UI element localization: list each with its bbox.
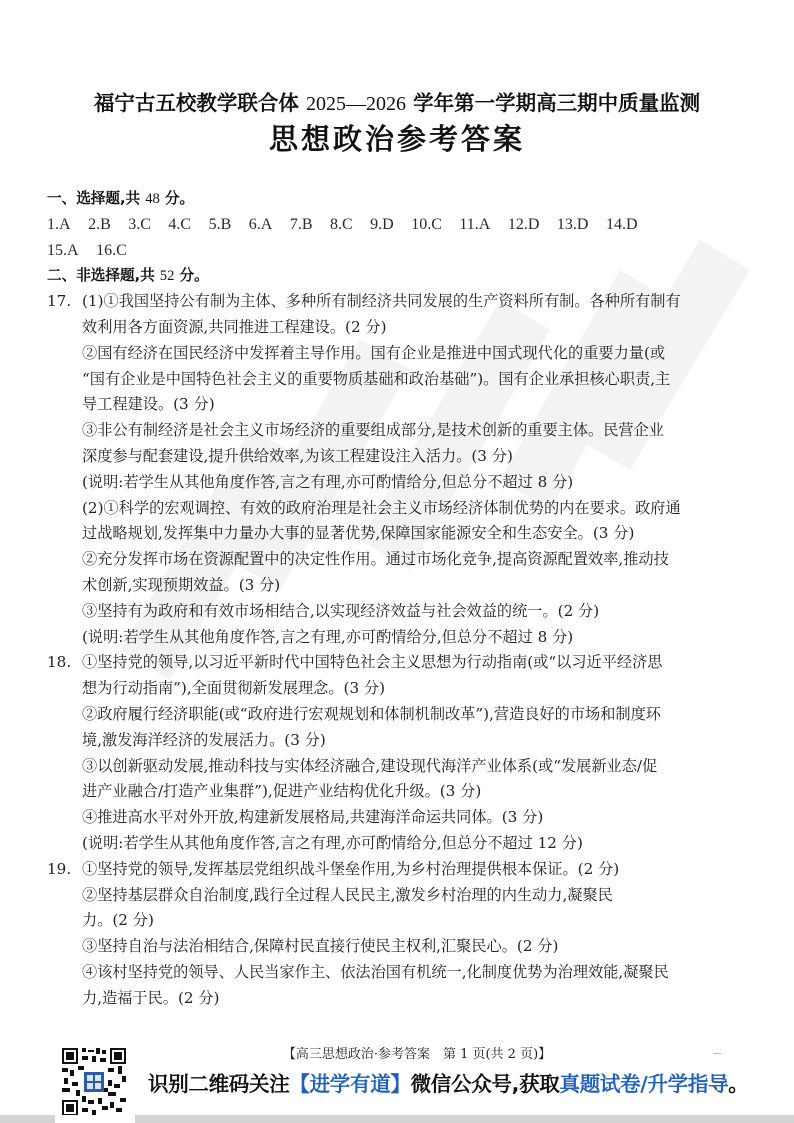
question-number: 18. xyxy=(47,650,82,676)
qr-code-icon[interactable] xyxy=(60,1046,128,1118)
q17-line: ③坚持有为政府和有效市场相结合,以实现经济效益与社会效益的统一。(2 分) xyxy=(47,599,767,625)
q17-line: (2)①科学的宏观调控、有效的政府治理是社会主义市场经济体制优势的内在要求。政府… xyxy=(47,496,767,522)
q19-line: 力。(2 分) xyxy=(47,908,767,934)
answer-text: ①坚持党的领导,发挥基层党组织战斗堡垒作用,为乡村治理提供根本保证。(2 分) xyxy=(82,860,619,878)
q18-line: 想为行动指南”),全面贯彻新发展理念。(3 分) xyxy=(47,676,767,702)
bottom-bar-gap xyxy=(55,1115,135,1123)
answer-item: 3.C xyxy=(128,212,151,238)
q17-line: ③非公有制经济是社会主义市场经济的重要组成部分,是技术创新的重要主体。民营企业 xyxy=(47,418,767,444)
q18-note: (说明:若学生从其他角度作答,言之有理,亦可酌情给分,但总分不超过 12 分) xyxy=(47,831,767,857)
promo-text: 微信公众号,获取 xyxy=(411,1072,560,1096)
answer-item: 13.D xyxy=(557,212,589,238)
answer-text: ①坚持党的领导,以习近平新时代中国特色社会主义思想为行动指南(或“以习近平经济思 xyxy=(82,653,662,671)
section-label-end: 分。 xyxy=(165,190,194,207)
exam-title: 福宁古五校教学联合体 2025—2026 学年第一学期高三期中质量监测 xyxy=(0,86,794,116)
q18-line: 18.①坚持党的领导,以习近平新时代中国特色社会主义思想为行动指南(或“以习近平… xyxy=(47,650,767,676)
answer-content: 一、选择题,共 48 分。 1.A2.B3.C4.C5.B6.A7.B8.C9.… xyxy=(47,186,767,1012)
choice-answers-row-1: 1.A2.B3.C4.C5.B6.A7.B8.C9.D10.C11.A12.D1… xyxy=(47,212,767,238)
answer-item: 15.A xyxy=(47,238,79,264)
answer-item: 16.C xyxy=(96,238,127,264)
q17-line: ②充分发挥市场在资源配置中的决定性作用。通过市场化竞争,提高资源配置效率,推动技 xyxy=(47,547,767,573)
exam-title-term: 学年第一学期高三期中质量监测 xyxy=(413,91,700,115)
q19-line: ④该村坚持党的领导、人民当家作主、依法治国有机统一,化制度优势为治理效能,凝聚民 xyxy=(47,960,767,986)
answer-item: 6.A xyxy=(249,212,273,238)
q19-line: ③坚持自治与法治相结合,保障村民直接行使民主权利,汇聚民心。(2 分) xyxy=(47,934,767,960)
answer-item: 1.A xyxy=(47,212,71,238)
promo-text: 。 xyxy=(728,1072,748,1096)
section-score: 48 xyxy=(145,191,160,207)
q18-line: 进产业融合/打造产业集群”),促进产业结构优化升级。(3 分) xyxy=(47,779,767,805)
q17-line: 导工程建设。(3 分) xyxy=(47,392,767,418)
section-heading-choice: 一、选择题,共 48 分。 xyxy=(47,186,767,212)
q17-line: 深度参与配套建设,提升供给效率,为该工程建设注入活力。(3 分) xyxy=(47,444,767,470)
q17-line: ②国有经济在国民经济中发挥着主导作用。国有企业是推进中国式现代化的重要力量(或 xyxy=(47,341,767,367)
promo-brand: 【进学有道】 xyxy=(289,1072,410,1096)
promo-link[interactable]: 真题试卷/升学指导 xyxy=(560,1072,729,1096)
section-label: 一、选择题,共 xyxy=(47,190,140,207)
q17-note: (说明:若学生从其他角度作答,言之有理,亦可酌情给分,但总分不超过 8 分) xyxy=(47,625,767,651)
decorative-dash xyxy=(713,1053,721,1054)
q17-line: 术创新,实现预期效益。(3 分) xyxy=(47,573,767,599)
section-heading-nonchoice: 二、非选择题,共 52 分。 xyxy=(47,263,767,289)
section-score: 52 xyxy=(160,268,175,284)
q19-line: ②坚持基层群众自治制度,践行全过程人民民主,激发乡村治理的内生动力,凝聚民 xyxy=(47,883,767,909)
choice-answers-row-2: 15.A16.C xyxy=(47,238,767,264)
answer-item: 4.C xyxy=(168,212,191,238)
answer-text: (1)①我国坚持公有制为主体、多种所有制经济共同发展的生产资料所有制。各种所有制… xyxy=(82,292,681,310)
q17-line: 17.(1)①我国坚持公有制为主体、多种所有制经济共同发展的生产资料所有制。各种… xyxy=(47,289,767,315)
exam-title-years: 2025—2026 xyxy=(306,93,406,115)
answer-item: 8.C xyxy=(330,212,353,238)
question-number: 17. xyxy=(47,289,82,315)
q18-line: 境,激发海洋经济的发展活力。(3 分) xyxy=(47,728,767,754)
answer-item: 9.D xyxy=(370,212,394,238)
q17-line: 效利用各方面资源,共同推进工程建设。(2 分) xyxy=(47,315,767,341)
answer-item: 10.C xyxy=(411,212,442,238)
q19-line: 力,造福于民。(2 分) xyxy=(47,986,767,1012)
q19-line: 19.①坚持党的领导,发挥基层党组织战斗堡垒作用,为乡村治理提供根本保证。(2 … xyxy=(47,857,767,883)
answer-item: 2.B xyxy=(88,212,111,238)
q17-note: (说明:若学生从其他角度作答,言之有理,亦可酌情给分,但总分不超过 8 分) xyxy=(47,470,767,496)
answer-key-page: 福宁古五校教学联合体 2025—2026 学年第一学期高三期中质量监测 思想政治… xyxy=(0,0,794,1123)
answer-item: 5.B xyxy=(209,212,232,238)
q18-line: ④推进高水平对外开放,构建新发展格局,共建海洋命运共同体。(3 分) xyxy=(47,805,767,831)
answer-item: 14.D xyxy=(606,212,638,238)
section-label: 二、非选择题,共 xyxy=(47,267,155,284)
wechat-promo-banner: 识别二维码关注【进学有道】微信公众号,获取真题试卷/升学指导。 xyxy=(148,1067,749,1097)
answer-item: 11.A xyxy=(459,212,490,238)
answer-item: 12.D xyxy=(508,212,540,238)
q17-line: “国有企业是中国特色社会主义的重要物质基础和政治基础”)。国有企业承担核心职责,… xyxy=(47,367,767,393)
bottom-bar xyxy=(0,1115,794,1123)
answer-item: 7.B xyxy=(290,212,313,238)
promo-text: 识别二维码关注 xyxy=(148,1072,289,1096)
exam-title-school: 福宁古五校教学联合体 xyxy=(94,91,299,115)
q18-line: ②政府履行经济职能(或“政府进行宏观规划和体制机制改革”),营造良好的市场和制度… xyxy=(47,702,767,728)
page-title: 思想政治参考答案 xyxy=(0,117,794,158)
q17-line: 过战略规划,发挥集中力量办大事的显著优势,保障国家能源安全和生态安全。(3 分) xyxy=(47,521,767,547)
question-number: 19. xyxy=(47,857,82,883)
q18-line: ③以创新驱动发展,推动科技与实体经济融合,建设现代海洋产业体系(或“发展新业态/… xyxy=(47,754,767,780)
section-label-end: 分。 xyxy=(179,267,208,284)
